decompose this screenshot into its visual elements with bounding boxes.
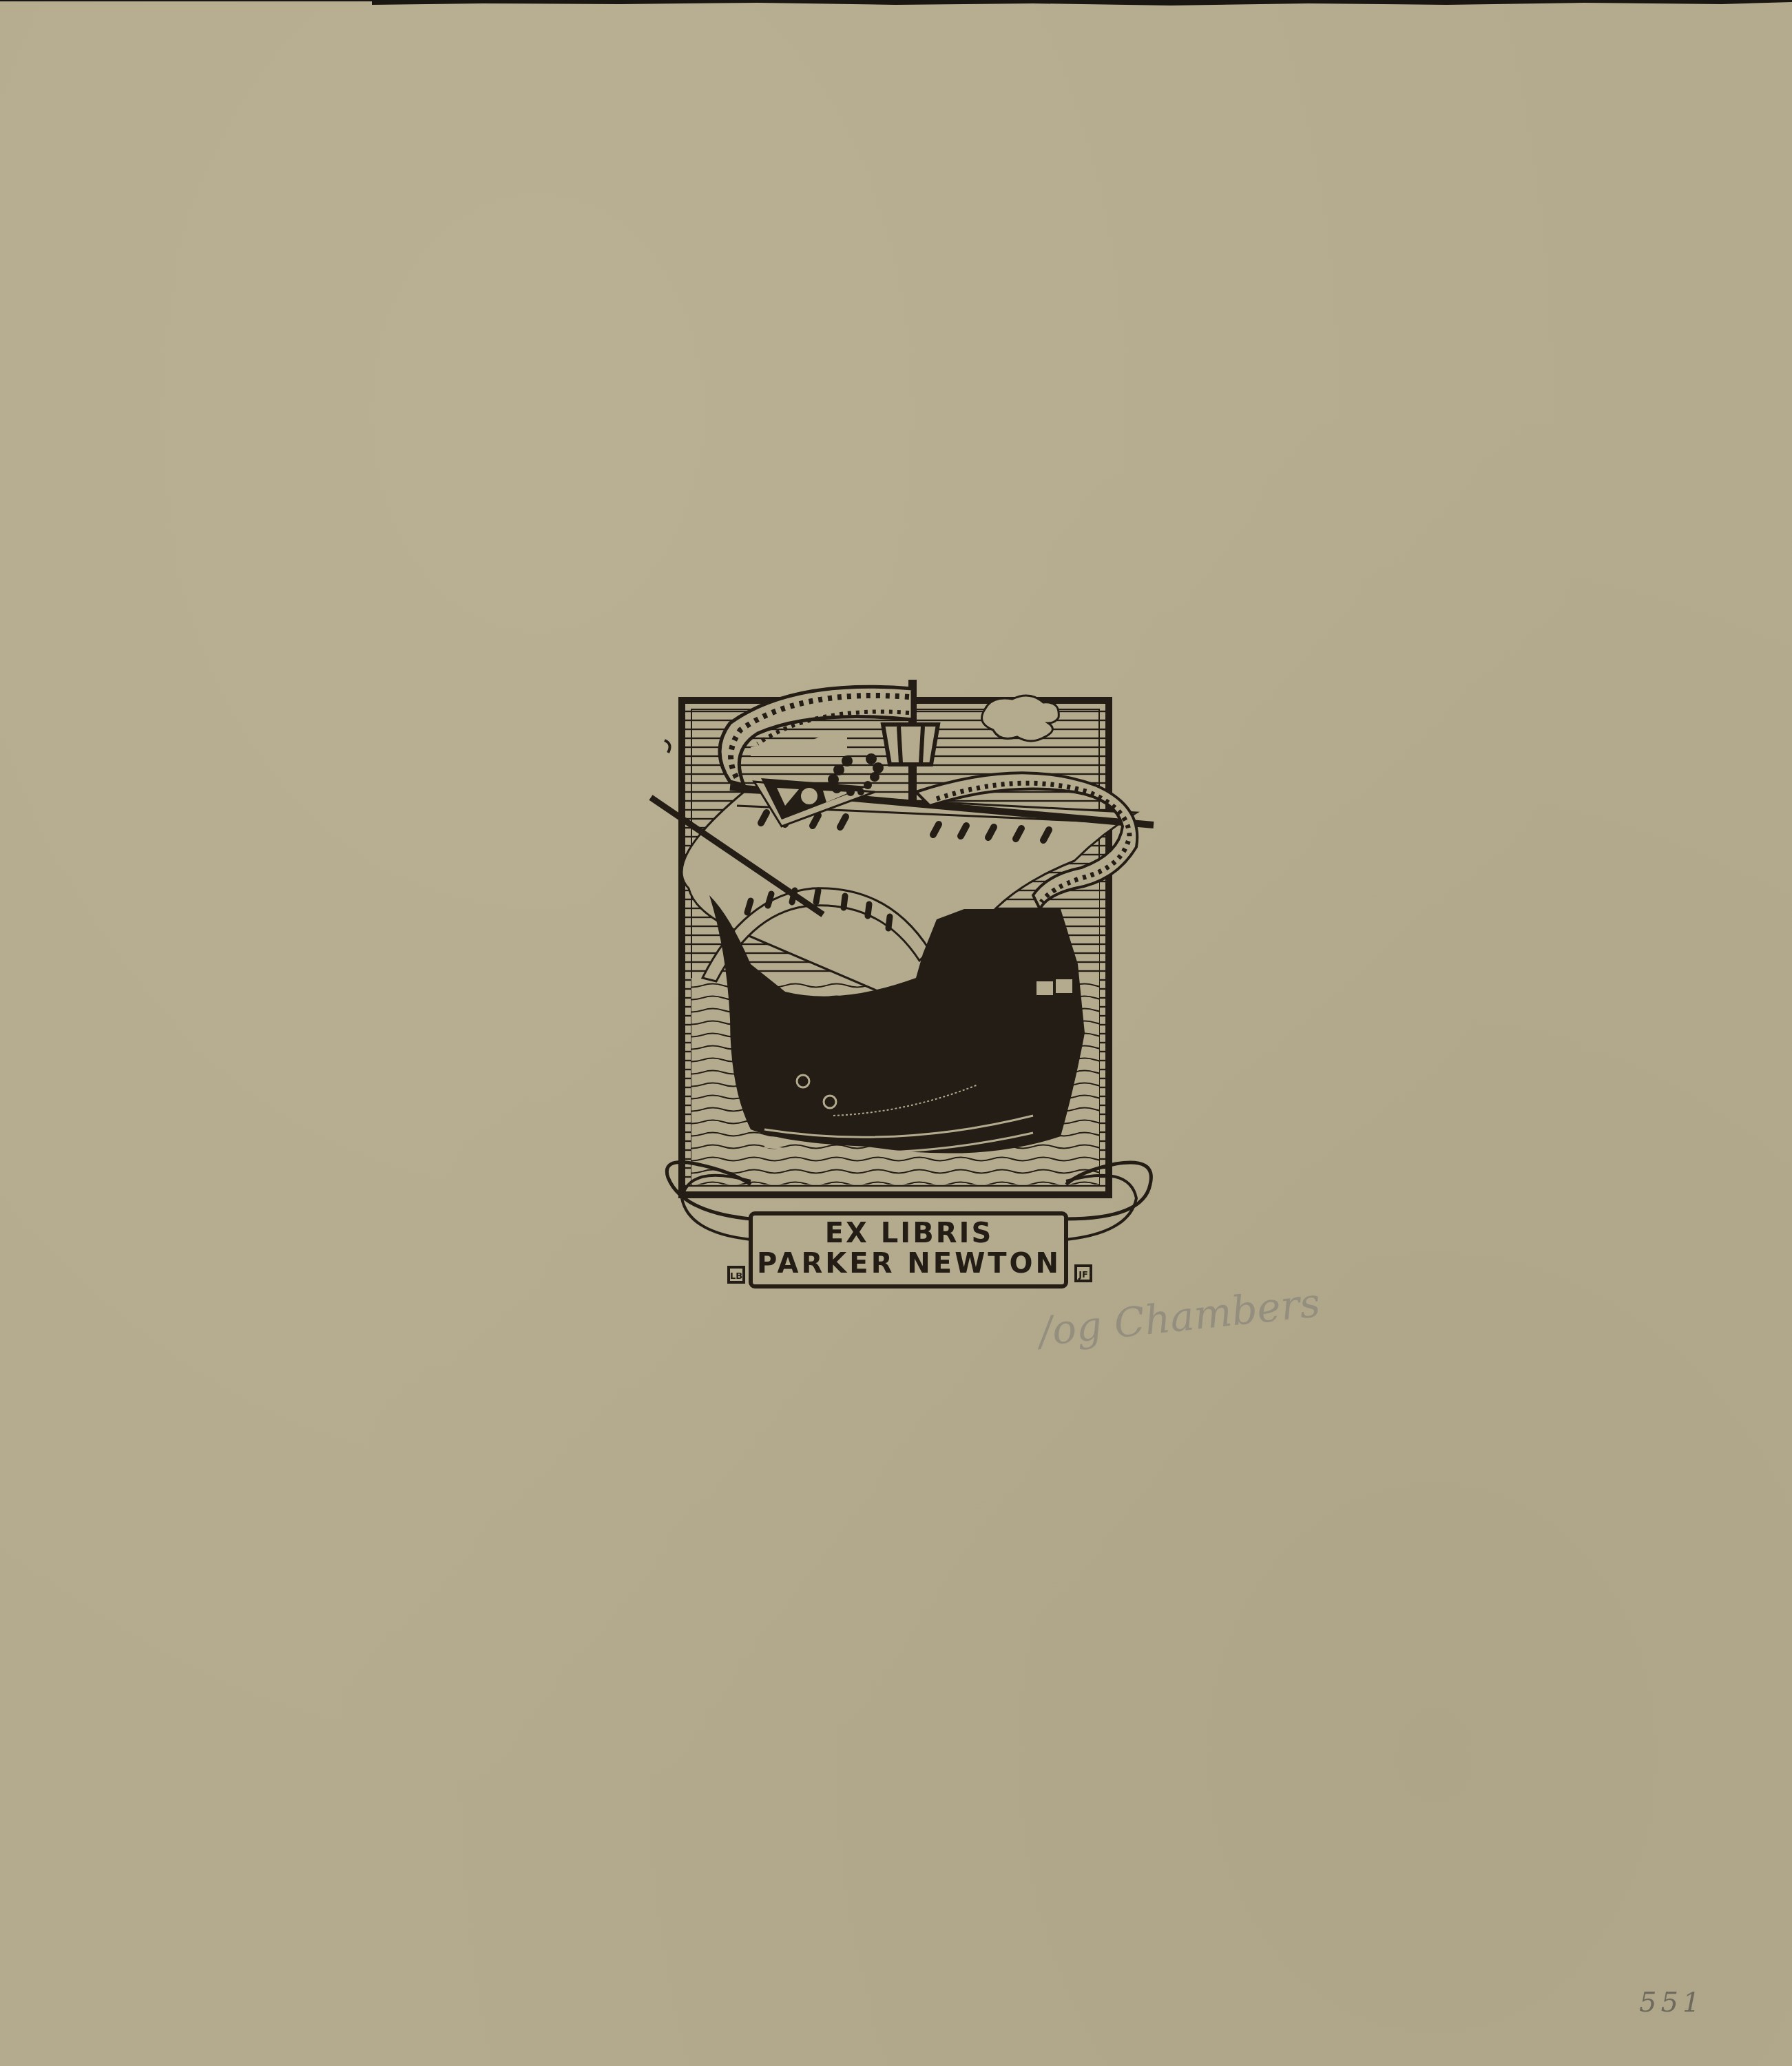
torn-top-edge <box>0 0 1792 8</box>
svg-text:LB: LB <box>730 1271 742 1282</box>
svg-text:JF: JF <box>1078 1270 1088 1280</box>
crows-nest <box>883 724 938 764</box>
page-number: 551 <box>1639 1987 1704 2018</box>
paper-page: LB JF EX LIBRIS PARKER NEWTON /og Chambe… <box>0 0 1792 2066</box>
ex-libris-label: EX LIBRIS <box>751 1218 1067 1249</box>
bookplate-illustration: LB JF <box>647 671 1157 1291</box>
owner-name: PARKER NEWTON <box>751 1248 1067 1280</box>
